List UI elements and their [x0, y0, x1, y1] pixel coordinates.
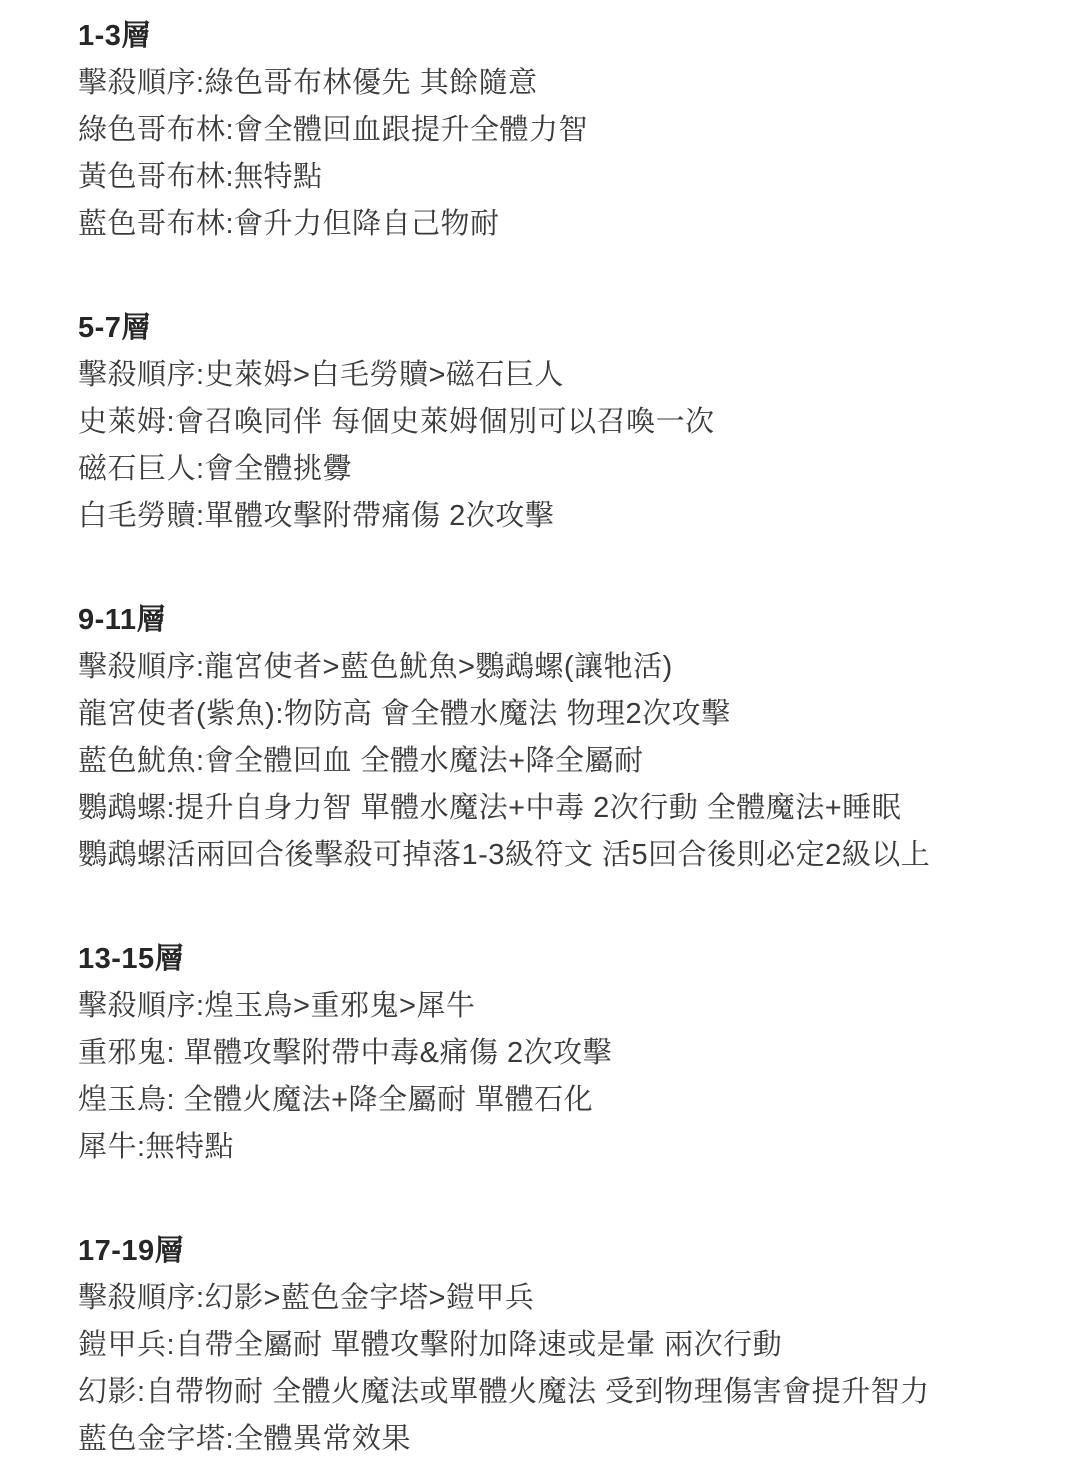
section-title: 13-15層: [78, 936, 1050, 983]
floor-section-5-7: 5-7層 擊殺順序:史萊姆>白毛勞贖>磁石巨人 史萊姆:會召喚同伴 每個史萊姆個…: [78, 305, 1050, 540]
text-line: 幻影:自帶物耐 全體火魔法或單體火魔法 受到物理傷害會提升智力: [78, 1369, 1050, 1416]
text-line: 鸚鵡螺活兩回合後擊殺可掉落1-3級符文 活5回合後則必定2級以上: [78, 832, 1050, 879]
floor-section-1-3: 1-3層 擊殺順序:綠色哥布林優先 其餘隨意 綠色哥布林:會全體回血跟提升全體力…: [78, 13, 1050, 248]
text-line: 黃色哥布林:無特點: [78, 154, 1050, 201]
text-line: 藍色魷魚:會全體回血 全體水魔法+降全屬耐: [78, 738, 1050, 785]
floor-section-13-15: 13-15層 擊殺順序:煌玉鳥>重邪鬼>犀牛 重邪鬼: 單體攻擊附帶中毒&痛傷 …: [78, 936, 1050, 1171]
text-line: 煌玉鳥: 全體火魔法+降全屬耐 單體石化: [78, 1077, 1050, 1124]
text-line: 擊殺順序:煌玉鳥>重邪鬼>犀牛: [78, 983, 1050, 1030]
guide-document: 1-3層 擊殺順序:綠色哥布林優先 其餘隨意 綠色哥布林:會全體回血跟提升全體力…: [0, 0, 1080, 1470]
floor-section-9-11: 9-11層 擊殺順序:龍宮使者>藍色魷魚>鸚鵡螺(讓牠活) 龍宮使者(紫魚):物…: [78, 597, 1050, 879]
text-line: 藍色哥布林:會升力但降自己物耐: [78, 201, 1050, 248]
text-line: 擊殺順序:綠色哥布林優先 其餘隨意: [78, 60, 1050, 107]
text-line: 鸚鵡螺:提升自身力智 單體水魔法+中毒 2次行動 全體魔法+睡眠: [78, 785, 1050, 832]
text-line: 重邪鬼: 單體攻擊附帶中毒&痛傷 2次攻擊: [78, 1030, 1050, 1077]
text-line: 史萊姆:會召喚同伴 每個史萊姆個別可以召喚一次: [78, 399, 1050, 446]
section-title: 17-19層: [78, 1228, 1050, 1275]
section-title: 5-7層: [78, 305, 1050, 352]
section-title: 9-11層: [78, 597, 1050, 644]
section-title: 1-3層: [78, 13, 1050, 60]
text-line: 龍宮使者(紫魚):物防高 會全體水魔法 物理2次攻擊: [78, 691, 1050, 738]
text-line: 磁石巨人:會全體挑釁: [78, 446, 1050, 493]
text-line: 綠色哥布林:會全體回血跟提升全體力智: [78, 107, 1050, 154]
text-line: 犀牛:無特點: [78, 1124, 1050, 1171]
text-line: 擊殺順序:龍宮使者>藍色魷魚>鸚鵡螺(讓牠活): [78, 644, 1050, 691]
floor-section-17-19: 17-19層 擊殺順序:幻影>藍色金字塔>鎧甲兵 鎧甲兵:自帶全屬耐 單體攻擊附…: [78, 1228, 1050, 1463]
text-line: 白毛勞贖:單體攻擊附帶痛傷 2次攻擊: [78, 493, 1050, 540]
text-line: 擊殺順序:史萊姆>白毛勞贖>磁石巨人: [78, 352, 1050, 399]
text-line: 擊殺順序:幻影>藍色金字塔>鎧甲兵: [78, 1275, 1050, 1322]
text-line: 鎧甲兵:自帶全屬耐 單體攻擊附加降速或是暈 兩次行動: [78, 1322, 1050, 1369]
text-line: 藍色金字塔:全體異常效果: [78, 1416, 1050, 1463]
